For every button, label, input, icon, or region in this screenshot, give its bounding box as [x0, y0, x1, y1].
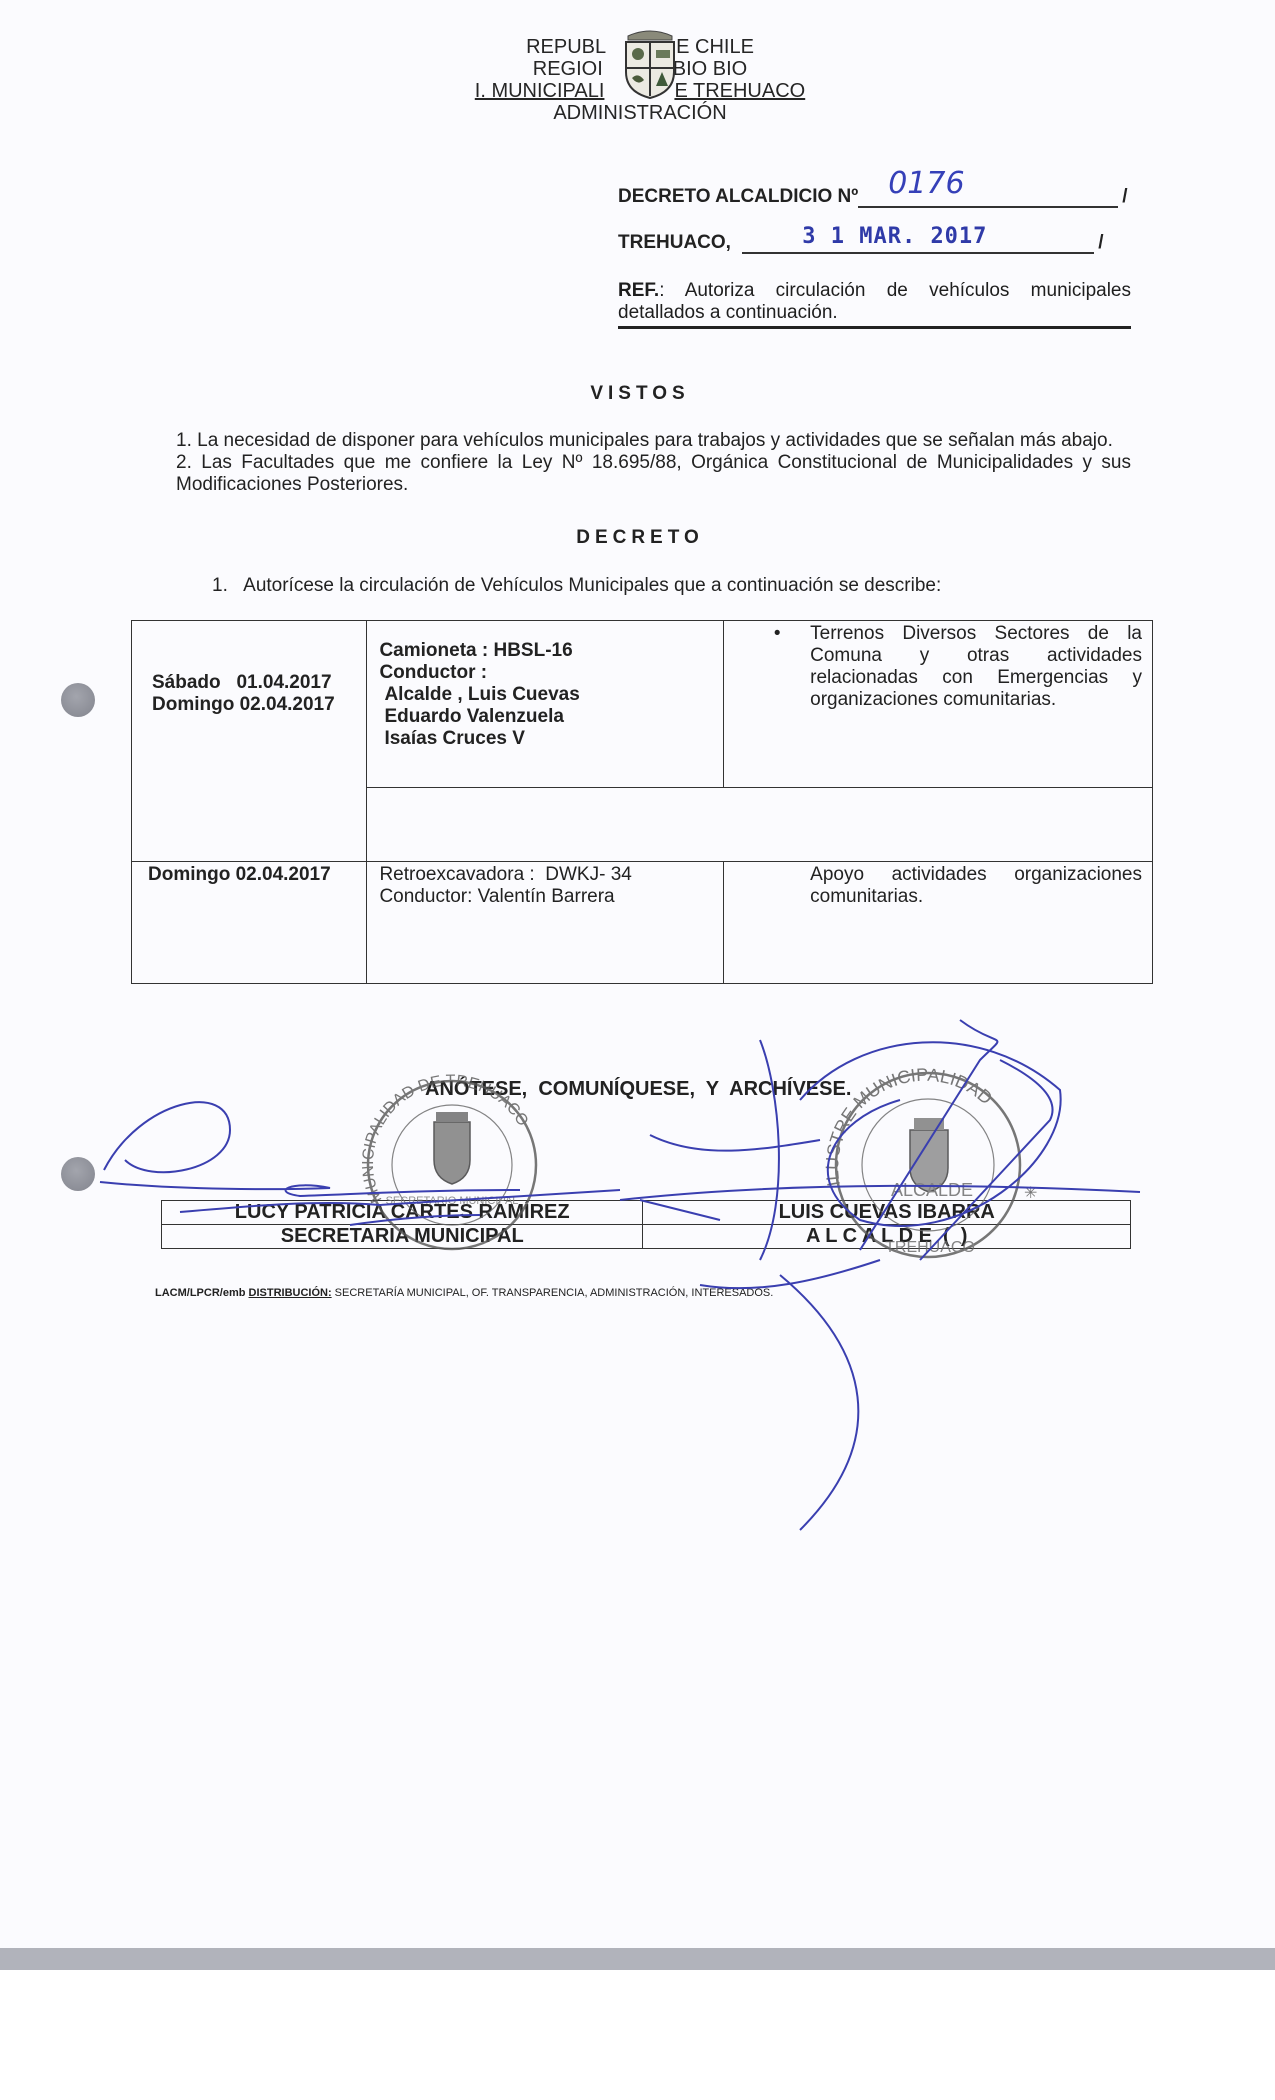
vistos-title: VISTOS [450, 383, 830, 405]
vehicle-plate: Retroexcavadora : DWKJ- 34 [379, 864, 723, 886]
row2-purpose-cell: Apoyo actividades organizaciones comunit… [724, 862, 1153, 984]
decree-date-line: TREHUACO, 3 1 MAR. 2017/ [618, 228, 1104, 254]
mayor-title: A L C A L D E ( ) [643, 1225, 1131, 1249]
decree-reference: REF.: Autoriza circulación de vehículos … [618, 280, 1131, 329]
purpose-text: Terrenos Diversos Sectores de la Comuna … [810, 623, 1142, 711]
mayor-name: LUIS CUEVAS IBARRA [643, 1201, 1131, 1225]
secretary-title: SECRETARIA MUNICIPAL [162, 1225, 643, 1249]
table-row: Sábado 01.04.2017 Domingo 02.04.2017 Cam… [132, 621, 1153, 788]
driver-label: Conductor : [379, 662, 723, 684]
row1-purpose-cell: • Terrenos Diversos Sectores de la Comun… [724, 621, 1153, 788]
decree-number-field: 0176 [858, 180, 1118, 208]
driver-name: Alcalde , Luis Cuevas [384, 684, 723, 706]
row2-vehicle-cell: Retroexcavadora : DWKJ- 34 Conductor: Va… [367, 862, 724, 984]
driver-name: Isaías Cruces V [384, 728, 723, 750]
vistos-list: 1. La necesidad de disponer para vehícul… [176, 430, 1131, 496]
decreto-item-1: 1. Autorícese la circulación de Vehículo… [212, 575, 1112, 597]
decreto-title: DECRETO [450, 527, 830, 549]
decree-date-field: 3 1 MAR. 2017 [742, 228, 1094, 254]
date-stamp: 3 1 MAR. 2017 [802, 224, 987, 249]
bullet-icon: • [724, 623, 810, 711]
empty-cell [367, 788, 1153, 862]
scan-edge-band [0, 1948, 1275, 1970]
purpose-text: Apoyo actividades organizaciones comunit… [724, 862, 1152, 908]
vistos-item-1: 1. La necesidad de disponer para vehícul… [176, 430, 1131, 452]
vehicle-plate: Camioneta : HBSL-16 [379, 640, 723, 662]
hole-punch-bottom [61, 1157, 95, 1191]
row1-dates-cell: Sábado 01.04.2017 Domingo 02.04.2017 [132, 621, 367, 862]
secretary-name: LUCY PATRICIA CARTES RAMÍREZ [162, 1201, 643, 1225]
table-row: Domingo 02.04.2017 Retroexcavadora : DWK… [132, 862, 1153, 984]
decree-number-line: DECRETO ALCALDICIO Nº0176/ [618, 180, 1128, 208]
svg-text:ALCALDE: ALCALDE [891, 1180, 973, 1200]
closing-formula: ANÓTESE, COMUNÍQUESE, Y ARCHÍVESE. [425, 1078, 851, 1101]
scanned-document-page: REPUBLE CHILE REGIOIBIO BIO I. MUNICIPAL… [0, 0, 1275, 1948]
municipal-coat-of-arms-icon [618, 28, 682, 100]
signature-block: LUCY PATRICIA CARTES RAMÍREZ LUIS CUEVAS… [161, 1200, 1131, 1249]
hole-punch-top [61, 683, 95, 717]
decree-number-handwritten: 0176 [888, 166, 964, 201]
vehicles-table: Sábado 01.04.2017 Domingo 02.04.2017 Cam… [131, 620, 1153, 984]
header-department: ADMINISTRACIÓN [440, 102, 840, 124]
driver-label: Conductor: Valentín Barrera [379, 886, 723, 908]
row2-dates-cell: Domingo 02.04.2017 [132, 862, 367, 984]
distribution-line: LACM/LPCR/emb DISTRIBUCIÓN: SECRETARÍA M… [155, 1287, 773, 1299]
row1-vehicle-cell: Camioneta : HBSL-16 Conductor : Alcalde … [367, 621, 724, 788]
driver-name: Eduardo Valenzuela [384, 706, 723, 728]
vistos-item-2: 2. Las Facultades que me confiere la Ley… [176, 452, 1131, 496]
